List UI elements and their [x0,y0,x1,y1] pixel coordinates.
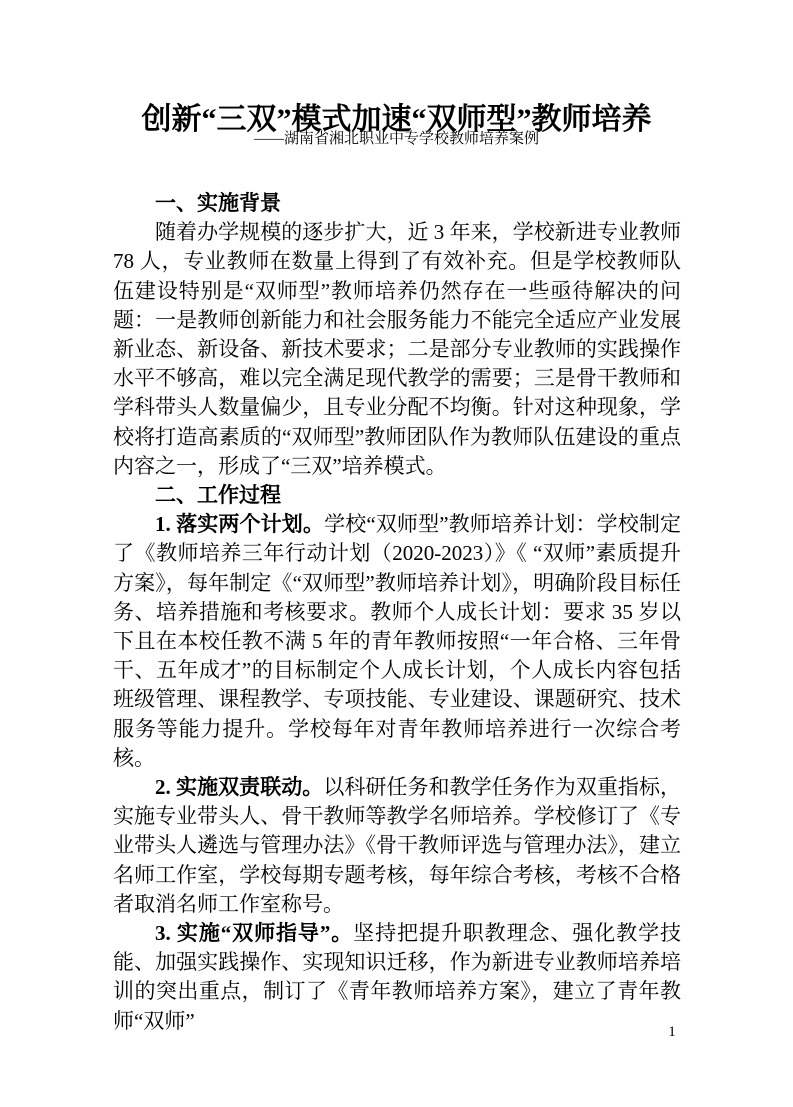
document-body: 一、实施背景 随着办学规模的逐步扩大，近 3 年来，学校新进专业教师 78 人，… [113,189,681,1036]
paragraph-dual-duty: 2. 实施双责联动。以科研任务和教学任务作为双重指标，实施专业带头人、骨干教师等… [113,773,681,919]
paragraph-text: 学校“双师型”教师培养计划：学校制定了《教师培养三年行动计划（2020-2023… [113,512,681,770]
paragraph-lead: 1. 落实两个计划。 [155,512,324,536]
section-heading-process: 二、工作过程 [113,481,681,510]
document-subtitle: ——湖南省湘北职业中专学校教师培养案例 [0,129,793,150]
page-number: 1 [662,1022,682,1042]
paragraph-plan: 1. 落实两个计划。学校“双师型”教师培养计划：学校制定了《教师培养三年行动计划… [113,510,681,773]
paragraph-text: 随着办学规模的逐步扩大，近 3 年来，学校新进专业教师 78 人，专业教师在数量… [113,220,681,478]
paragraph-background: 随着办学规模的逐步扩大，近 3 年来，学校新进专业教师 78 人，专业教师在数量… [113,218,681,481]
section-heading-background: 一、实施背景 [113,189,681,218]
paragraph-lead: 2. 实施双责联动。 [155,775,323,799]
paragraph-lead: 3. 实施“双师指导”。 [155,921,353,945]
document-page: 创新“三双”模式加速“双师型”教师培养 ——湖南省湘北职业中专学校教师培养案例 … [0,0,793,1107]
paragraph-dual-guidance: 3. 实施“双师指导”。坚持把提升职教理念、强化教学技能、加强实践操作、实现知识… [113,919,681,1036]
